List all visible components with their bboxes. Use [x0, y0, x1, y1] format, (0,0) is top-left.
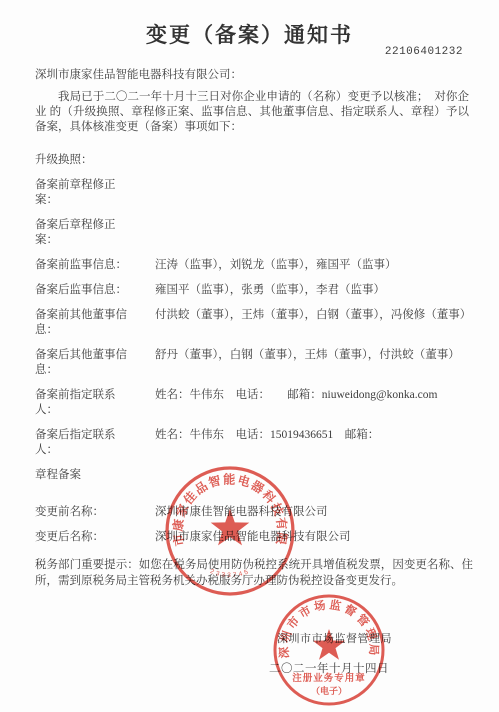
row-label: 备案前监事信息： [35, 258, 133, 273]
svg-text:2333745: 2333745 [209, 568, 251, 579]
row-label: 章程备案 [35, 468, 133, 483]
row-label: 升级换照： [35, 153, 133, 168]
authority-seal-stamp: 深圳市市场监督管理局 注册业务专用章 （电子） [271, 592, 387, 708]
row-label: 备案后指定联系人： [35, 428, 133, 458]
detail-row: 备案前监事信息：汪涛（监事），刘锐龙（监事），雍国平（监事） [35, 258, 469, 273]
row-value: 姓名：牛伟东 电话： 邮箱：niuweidong@konka.com [155, 388, 469, 418]
company-seal-stamp: 深圳市康家佳品智能电器科技有限公司 2333745 [163, 464, 297, 598]
detail-row: 备案前指定联系人：姓名：牛伟东 电话： 邮箱：niuweidong@konka.… [35, 388, 469, 418]
document-number: 22106401232 [385, 46, 463, 58]
row-value [155, 178, 469, 208]
row-value: 付洪蛟（董事），王炜（董事），白钢（董事），冯俊修（董事） [155, 308, 469, 338]
row-label: 备案前指定联系人： [35, 388, 133, 418]
detail-row: 升级换照： [35, 153, 469, 168]
detail-row: 备案后监事信息：雍国平（监事），张勇（监事），李君（监事） [35, 283, 469, 298]
detail-row: 备案前其他董事信息：付洪蛟（董事），王炜（董事），白钢（董事），冯俊修（董事） [35, 308, 469, 338]
row-value [155, 218, 469, 248]
detail-row: 备案后指定联系人：姓名：牛伟东 电话：15019436651 邮箱： [35, 428, 469, 458]
star-icon [313, 629, 345, 660]
detail-row: 备案前章程修正案： [35, 178, 469, 208]
seal-subtitle: 注册业务专用章 [292, 672, 366, 684]
row-label: 变更前名称： [35, 505, 133, 520]
row-label: 变更后名称： [35, 530, 133, 545]
row-value [155, 153, 469, 168]
star-icon [211, 509, 250, 546]
row-value: 汪涛（监事），刘锐龙（监事），雍国平（监事） [155, 258, 469, 273]
row-value: 姓名：牛伟东 电话：15019436651 邮箱： [155, 428, 469, 458]
row-value: 雍国平（监事），张勇（监事），李君（监事） [155, 283, 469, 298]
row-label: 备案前其他董事信息： [35, 308, 133, 338]
intro-paragraph: 我局已于二〇二一年十月十三日对你企业申请的（名称）变更予以核准； 对你企业 的（… [35, 90, 469, 135]
detail-row: 备案后章程修正案： [35, 218, 469, 248]
row-label: 备案前章程修正案： [35, 178, 133, 208]
seal-serial: 2333745 [209, 568, 251, 579]
row-label: 备案后章程修正案： [35, 218, 133, 248]
detail-row: 备案后其他董事信息：舒丹（董事），白钢（董事），王炜（董事），付洪蛟（董事） [35, 348, 469, 378]
row-value: 舒丹（董事），白钢（董事），王炜（董事），付洪蛟（董事） [155, 348, 469, 378]
notice-document-page: 变更（备案）通知书 22106401232 深圳市康家佳品智能电器科技有限公司：… [0, 0, 499, 712]
seal-etag: （电子） [311, 685, 347, 696]
row-label: 备案后监事信息： [35, 283, 133, 298]
recipient-line: 深圳市康家佳品智能电器科技有限公司： [35, 66, 242, 82]
row-label: 备案后其他董事信息： [35, 348, 133, 378]
page-title: 变更（备案）通知书 [0, 19, 499, 49]
